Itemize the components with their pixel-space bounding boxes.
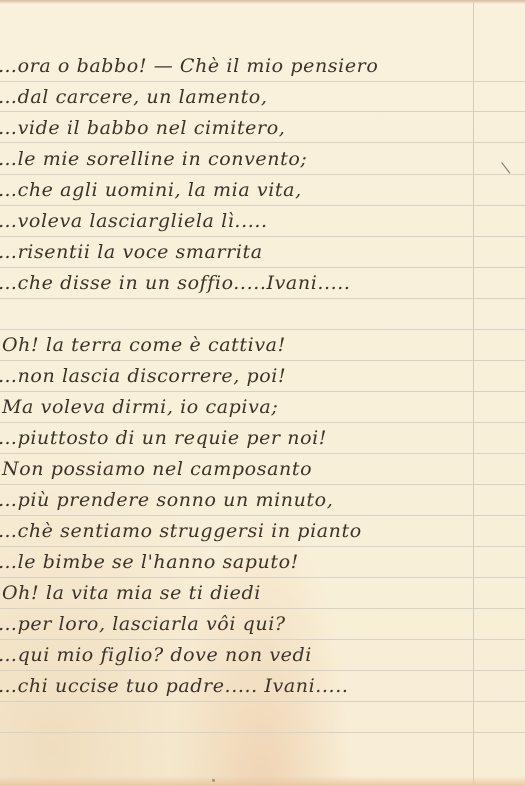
ruled-line xyxy=(0,391,525,392)
page-top-edge xyxy=(0,0,525,4)
verse-line: Oh! la vita mia se ti diedi xyxy=(2,582,261,604)
verse-line: …per loro, lasciarla vôi qui? xyxy=(0,613,286,635)
ruled-line xyxy=(0,267,525,268)
ruled-line xyxy=(0,236,525,237)
ruled-line xyxy=(0,515,525,516)
ruled-line xyxy=(0,670,525,671)
ruled-line xyxy=(0,298,525,299)
verse-line: …chi uccise tuo padre..... Ivani..... xyxy=(0,675,348,697)
ruled-line xyxy=(0,81,525,82)
ruled-line xyxy=(0,701,525,702)
margin-line xyxy=(473,0,474,786)
verse-line: …le mie sorelline in convento; xyxy=(0,148,307,170)
ruled-line xyxy=(0,453,525,454)
verse-line: Non possiamo nel camposanto xyxy=(2,458,312,480)
ruled-line xyxy=(0,329,525,330)
verse-line: …che agli uomini, la mia vita, xyxy=(0,179,302,201)
ruled-line xyxy=(0,577,525,578)
verse-line: …qui mio figlio? dove non vedi xyxy=(0,644,312,666)
notebook-page: …ora o babbo! — Chè il mio pensiero …dal… xyxy=(0,0,525,786)
verse-line: Ma voleva dirmi, io capiva; xyxy=(2,396,278,418)
verse-line: …voleva lasciargliela lì..... xyxy=(0,210,268,232)
verse-line: …che disse in un soffio.....Ivani..... xyxy=(0,272,351,294)
verse-line: …ora o babbo! — Chè il mio pensiero xyxy=(0,55,378,77)
ruled-line xyxy=(0,142,525,143)
ruled-line xyxy=(0,546,525,547)
ruled-line xyxy=(0,360,525,361)
verse-line: …più prendere sonno un minuto, xyxy=(0,489,333,511)
ruled-line xyxy=(0,422,525,423)
verse-line: …risentii la voce smarrita xyxy=(0,241,263,263)
ruled-line xyxy=(0,639,525,640)
verse-line: …chè sentiamo struggersi in pianto xyxy=(0,520,362,542)
verse-line: …piuttosto di un requie per noi! xyxy=(0,427,327,449)
ruled-line xyxy=(0,484,525,485)
ruled-line xyxy=(0,174,525,175)
ruled-line xyxy=(0,205,525,206)
verse-line: …vide il babbo nel cimitero, xyxy=(0,117,285,139)
ruled-line xyxy=(0,111,525,112)
ruled-line xyxy=(0,608,525,609)
verse-line: …dal carcere, un lamento, xyxy=(0,86,267,108)
verse-line: …le bimbe se l'hanno saputo! xyxy=(0,551,299,573)
verse-line: …non lascia discorrere, poi! xyxy=(0,365,286,387)
ruled-line xyxy=(0,732,525,733)
verse-line: Oh! la terra come è cattiva! xyxy=(2,334,286,356)
page-bottom-edge xyxy=(0,776,525,786)
